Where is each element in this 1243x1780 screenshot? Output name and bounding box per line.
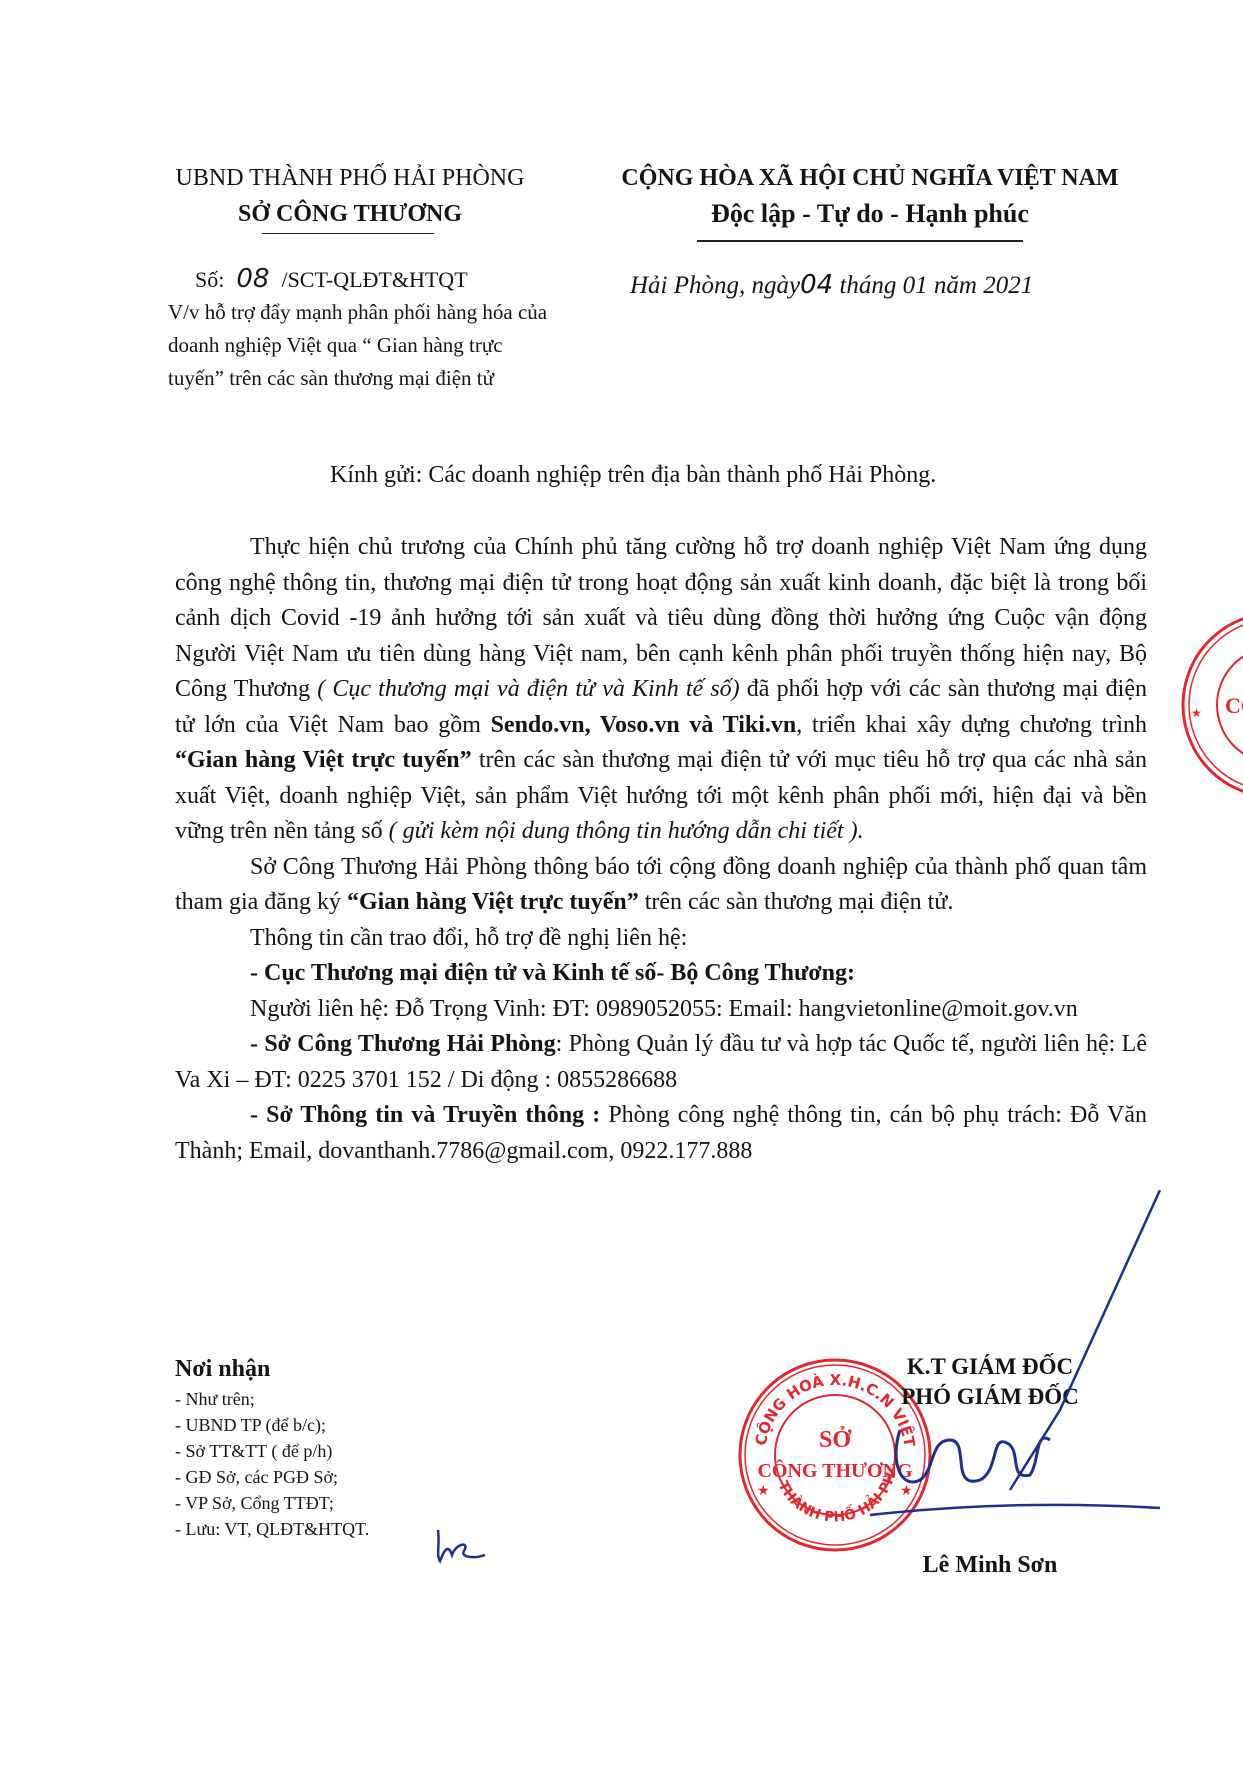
- issuing-authority-block: UBND THÀNH PHỐ HẢI PHÒNG SỞ CÔNG THƯƠNG: [150, 160, 550, 232]
- recipients-block: Nơi nhận - Như trên; - UBND TP (để b/c);…: [175, 1352, 369, 1542]
- paragraph: Sở Công Thương Hải Phòng thông báo tới c…: [175, 850, 1147, 921]
- salutation: Kính gửi: Các doanh nghiệp trên địa bàn …: [330, 462, 936, 489]
- signer-name: Lê Minh Sơn: [820, 1552, 1160, 1579]
- svg-text:★: ★: [757, 1484, 770, 1499]
- country-name: CỘNG HÒA XÃ HỘI CHỦ NGHĨA VIỆT NAM: [590, 160, 1150, 196]
- date-day: 04: [800, 270, 833, 300]
- national-motto: Độc lập - Tự do - Hạnh phúc: [590, 196, 1150, 232]
- document-body: Thực hiện chủ trương của Chính phủ tăng …: [175, 530, 1147, 1169]
- contact-detail: - Sở Thông tin và Truyền thông : Phòng c…: [175, 1098, 1147, 1169]
- svg-text:CÔ: CÔ: [1225, 693, 1243, 718]
- recipient-item: - Sở TT&TT ( để p/h): [175, 1438, 369, 1464]
- document-date: Hải Phòng, ngày04 tháng 01 năm 2021: [630, 270, 1033, 300]
- initial-mark-icon: [430, 1525, 490, 1565]
- recipient-item: - VP Sở, Cổng TTĐT;: [175, 1490, 369, 1516]
- handwritten-signature-icon: [860, 1190, 1190, 1540]
- contact-detail: - Sở Công Thương Hải Phòng: Phòng Quản l…: [175, 1027, 1147, 1098]
- number-suffix: /SCT-QLĐT&HTQT: [281, 267, 467, 292]
- recipients-title: Nơi nhận: [175, 1352, 369, 1386]
- divider: [697, 240, 1023, 242]
- recipient-item: - UBND TP (để b/c);: [175, 1412, 369, 1438]
- department-name: SỞ CÔNG THƯƠNG: [150, 196, 550, 232]
- national-title-block: CỘNG HÒA XÃ HỘI CHỦ NGHĨA VIỆT NAM Độc l…: [590, 160, 1150, 232]
- authority-name: UBND THÀNH PHỐ HẢI PHÒNG: [150, 160, 550, 196]
- number-label: Số:: [195, 267, 224, 292]
- document-number: Số:08/SCT-QLĐT&HTQT: [195, 262, 468, 297]
- svg-text:★: ★: [1191, 706, 1202, 720]
- recipient-item: - Lưu: VT, QLĐT&HTQT.: [175, 1516, 369, 1542]
- contact-detail: Người liên hệ: Đỗ Trọng Vinh: ĐT: 098905…: [175, 992, 1147, 1028]
- paragraph: Thực hiện chủ trương của Chính phủ tăng …: [175, 530, 1147, 850]
- svg-text:SỞ: SỞ: [819, 1427, 852, 1453]
- partial-seal-icon: CÔ ★: [1175, 605, 1243, 805]
- date-suffix: tháng 01 năm 2021: [839, 272, 1033, 299]
- divider: [262, 233, 434, 234]
- contact-heading: - Cục Thương mại điện tử và Kinh tế số- …: [175, 956, 1147, 992]
- paragraph: Thông tin cần trao đổi, hỗ trợ đề nghị l…: [175, 921, 1147, 957]
- document-subject: V/v hỗ trợ đẩy mạnh phân phối hàng hóa c…: [168, 296, 548, 395]
- date-prefix: Hải Phòng, ngày: [630, 272, 800, 299]
- recipient-item: - GĐ Sở, các PGĐ Sở;: [175, 1464, 369, 1490]
- number-value: 08: [236, 264, 269, 294]
- recipient-item: - Như trên;: [175, 1386, 369, 1412]
